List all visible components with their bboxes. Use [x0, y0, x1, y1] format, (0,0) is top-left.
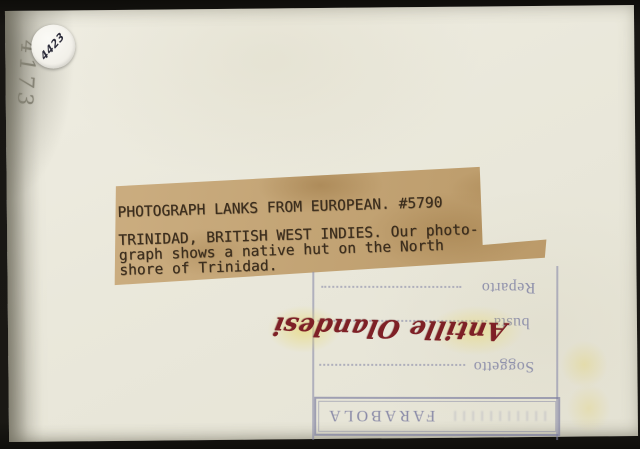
handwritten-subject-note: Antille Olandesi — [265, 300, 514, 358]
yellow-highlight-stain — [560, 340, 608, 388]
photo-back-paper: 4173 4423 PHOTOGRAPH LANKS FROM EUROPEAN… — [5, 5, 638, 442]
caption-line: shore of Trinidad. — [119, 259, 278, 278]
stamp-agency-box: FARABOLA — [314, 397, 560, 436]
stamp-dotted-rule — [321, 286, 461, 288]
stamp-agency-name: FARABOLA — [326, 406, 435, 424]
stamp-dotted-rule — [319, 364, 465, 366]
photo-verso-scan: 4173 4423 PHOTOGRAPH LANKS FROM EUROPEAN… — [0, 0, 640, 449]
yellow-highlight-stain — [567, 383, 611, 433]
round-archive-sticker: 4423 — [31, 24, 75, 68]
sticker-number: 4423 — [39, 30, 68, 63]
stamp-field-reparto: Reparto — [481, 278, 535, 296]
caption-headline: PHOTOGRAPH LANKS FROM EUROPEAN. #5790 — [117, 196, 442, 220]
stamp-field-soggetto: Soggetto — [473, 357, 534, 375]
handwritten-note-text: Antille Olandesi — [271, 312, 510, 347]
faded-stamp-text — [454, 411, 550, 421]
